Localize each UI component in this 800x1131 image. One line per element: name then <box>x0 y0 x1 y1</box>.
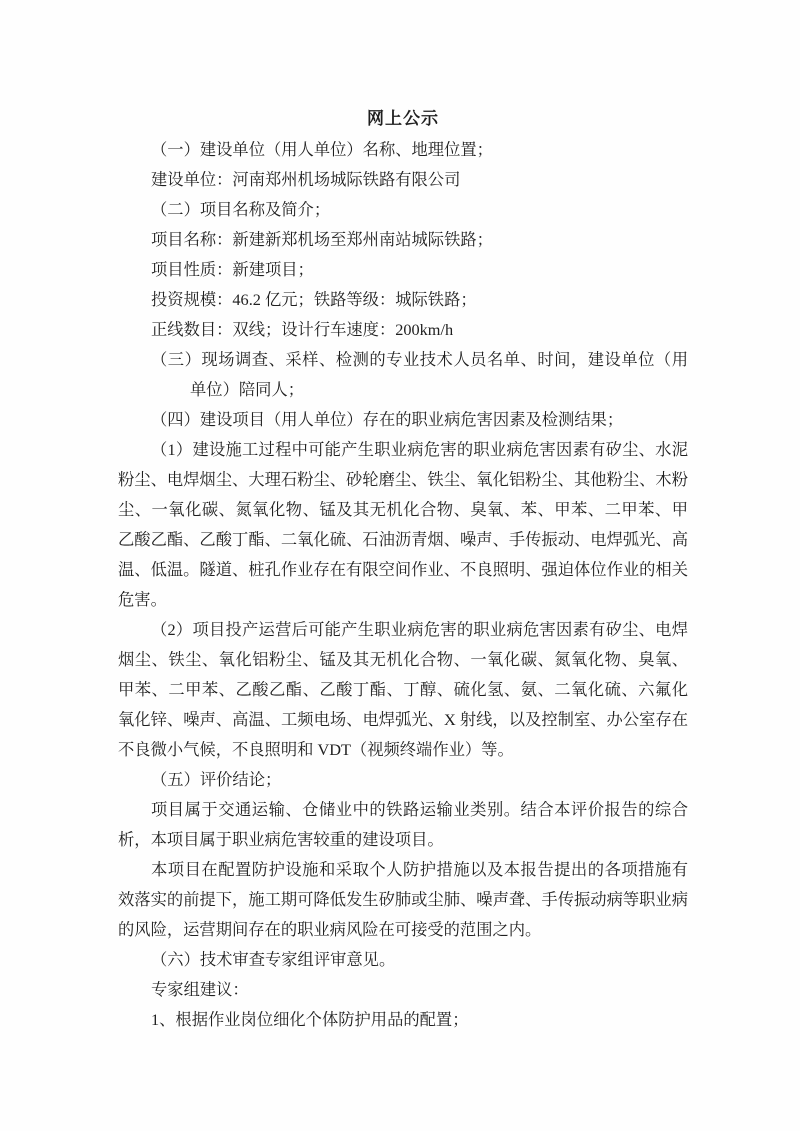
document-line: （一）建设单位（用人单位）名称、地理位置； <box>118 135 688 165</box>
document-line: 专家组建议： <box>118 975 688 1005</box>
document-line: 析，本项目属于职业病危害较重的建设项目。 <box>118 825 688 855</box>
document-line: （三）现场调查、采样、检测的专业技术人员名单、时间，建设单位（用人 <box>118 345 688 375</box>
document-content: 网上公示 （一）建设单位（用人单位）名称、地理位置；建设单位：河南郑州机场城际铁… <box>118 103 688 1035</box>
document-title: 网上公示 <box>118 103 688 135</box>
document-line: （五）评价结论； <box>118 765 688 795</box>
document-line: （2）项目投产运营后可能产生职业病危害的职业病危害因素有矽尘、电焊 <box>118 615 688 645</box>
document-line: 粉尘、电焊烟尘、大理石粉尘、砂轮磨尘、铁尘、氧化铝粉尘、其他粉尘、木粉 <box>118 465 688 495</box>
document-line: 1、根据作业岗位细化个体防护用品的配置； <box>118 1005 688 1035</box>
document-line: 氧化锌、噪声、高温、工频电场、电焊弧光、X 射线，以及控制室、办公室存在 <box>118 705 688 735</box>
document-body: （一）建设单位（用人单位）名称、地理位置；建设单位：河南郑州机场城际铁路有限公司… <box>118 135 688 1035</box>
document-line: 温、低温。隧道、桩孔作业存在有限空间作业、不良照明、强迫体位作业的相关 <box>118 555 688 585</box>
document-line: 本项目在配置防护设施和采取个人防护措施以及本报告提出的各项措施有 <box>118 855 688 885</box>
document-line: 甲苯、二甲苯、乙酸乙酯、乙酸丁酯、丁醇、硫化氢、氨、二氧化硫、六氟化硫、 <box>118 675 688 705</box>
document-page: 网上公示 （一）建设单位（用人单位）名称、地理位置；建设单位：河南郑州机场城际铁… <box>0 0 800 1131</box>
document-line: （四）建设项目（用人单位）存在的职业病危害因素及检测结果； <box>118 405 688 435</box>
document-line: （1）建设施工过程中可能产生职业病危害的职业病危害因素有矽尘、水泥 <box>118 435 688 465</box>
document-line: 项目性质：新建项目； <box>118 255 688 285</box>
document-line: 投资规模：46.2 亿元；铁路等级：城际铁路； <box>118 285 688 315</box>
document-line: 项目属于交通运输、仓储业中的铁路运输业类别。结合本评价报告的综合分 <box>118 795 688 825</box>
document-line: （二）项目名称及简介； <box>118 195 688 225</box>
document-line: 单位）陪同人； <box>118 375 688 405</box>
document-line: 效落实的前提下，施工期可降低发生矽肺或尘肺、噪声聋、手传振动病等职业病 <box>118 885 688 915</box>
document-line: 项目名称：新建新郑机场至郑州南站城际铁路； <box>118 225 688 255</box>
document-line: 乙酸乙酯、乙酸丁酯、二氧化硫、石油沥青烟、噪声、手传振动、电焊弧光、高 <box>118 525 688 555</box>
document-line: 不良微小气候，不良照明和 VDT（视频终端作业）等。 <box>118 735 688 765</box>
document-line: 危害。 <box>118 585 688 615</box>
document-line: （六）技术审查专家组评审意见。 <box>118 945 688 975</box>
document-line: 建设单位：河南郑州机场城际铁路有限公司 <box>118 165 688 195</box>
document-line: 的风险，运营期间存在的职业病风险在可接受的范围之内。 <box>118 915 688 945</box>
document-line: 烟尘、铁尘、氧化铝粉尘、锰及其无机化合物、一氧化碳、氮氧化物、臭氧、苯、 <box>118 645 688 675</box>
document-line: 尘、一氧化碳、氮氧化物、锰及其无机化合物、臭氧、苯、甲苯、二甲苯、甲烷、 <box>118 495 688 525</box>
document-line: 正线数目：双线；设计行车速度：200km/h <box>118 315 688 345</box>
